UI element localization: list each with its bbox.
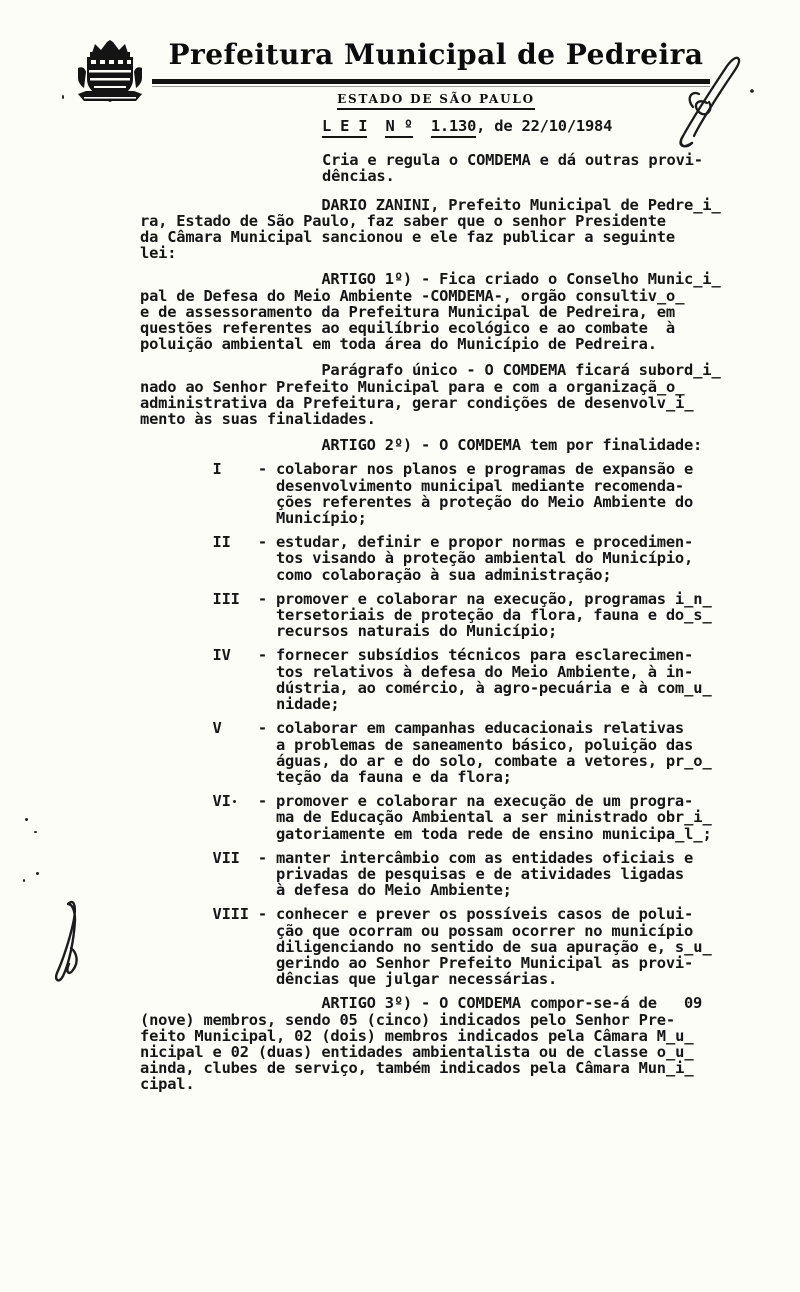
state-subtitle: ESTADO DE SÃO PAULO bbox=[337, 92, 535, 110]
law-heading: L E I N º 1.130, de 22/10/1984 bbox=[322, 118, 780, 134]
scanned-law-page: Prefeitura Municipal de Pedreira ESTADO … bbox=[0, 0, 800, 1292]
handwritten-paraph bbox=[44, 896, 84, 988]
header-rule bbox=[152, 79, 710, 84]
document-body: L E I N º 1.130, de 22/10/1984 Cria e re… bbox=[140, 118, 780, 1093]
paragraph-item-viii: VIII - conhecer e prever os possíveis ca… bbox=[140, 906, 780, 987]
paragraph-artigo-2: ARTIGO 2º) - O COMDEMA tem por finalidad… bbox=[140, 437, 780, 453]
paragraphs-container: Cria e regula o COMDEMA e dá outras prov… bbox=[140, 152, 780, 1092]
paragraph-paragrafo-unico: Parágrafo único - O COMDEMA ficará subor… bbox=[140, 362, 780, 427]
paragraph-item-iv: IV - fornecer subsídios técnicos para es… bbox=[140, 647, 780, 712]
law-label: L E I bbox=[322, 117, 367, 138]
law-number: 1.130 bbox=[431, 117, 476, 138]
scan-speck bbox=[36, 872, 39, 875]
paragraph-item-vi: VI - promover e colaborar na execução de… bbox=[140, 793, 780, 842]
law-number-label: N º bbox=[385, 117, 412, 138]
scan-speck bbox=[34, 831, 37, 833]
subtitle-wrap: ESTADO DE SÃO PAULO bbox=[158, 88, 714, 110]
paragraph-item-ii: II - estudar, definir e propor normas e … bbox=[140, 534, 780, 583]
paragraph-item-i: I - colaborar nos planos e programas de … bbox=[140, 461, 780, 526]
paragraph-preamble: DARIO ZANINI, Prefeito Municipal de Pedr… bbox=[140, 197, 780, 262]
paragraph-item-v: V - colaborar em campanhas educacionais … bbox=[140, 720, 780, 785]
paragraph-item-iii: III - promover e colaborar na execução, … bbox=[140, 591, 780, 640]
law-date: , de 22/10/1984 bbox=[476, 117, 612, 135]
paragraph-artigo-3: ARTIGO 3º) - O COMDEMA compor-se-á de 09… bbox=[140, 995, 780, 1092]
scan-speck bbox=[23, 879, 25, 882]
scan-speck bbox=[25, 818, 28, 821]
page-title: Prefeitura Municipal de Pedreira bbox=[158, 38, 714, 71]
paragraph-artigo-1: ARTIGO 1º) - Fica criado o Conselho Muni… bbox=[140, 271, 780, 352]
paragraph-item-vii: VII - manter intercâmbio com as entidade… bbox=[140, 850, 780, 899]
header-rule-shadow bbox=[152, 86, 710, 87]
scan-speck bbox=[62, 95, 64, 99]
municipal-coat-of-arms-icon bbox=[74, 40, 146, 108]
paragraph-ementa: Cria e regula o COMDEMA e dá outras prov… bbox=[322, 152, 780, 184]
